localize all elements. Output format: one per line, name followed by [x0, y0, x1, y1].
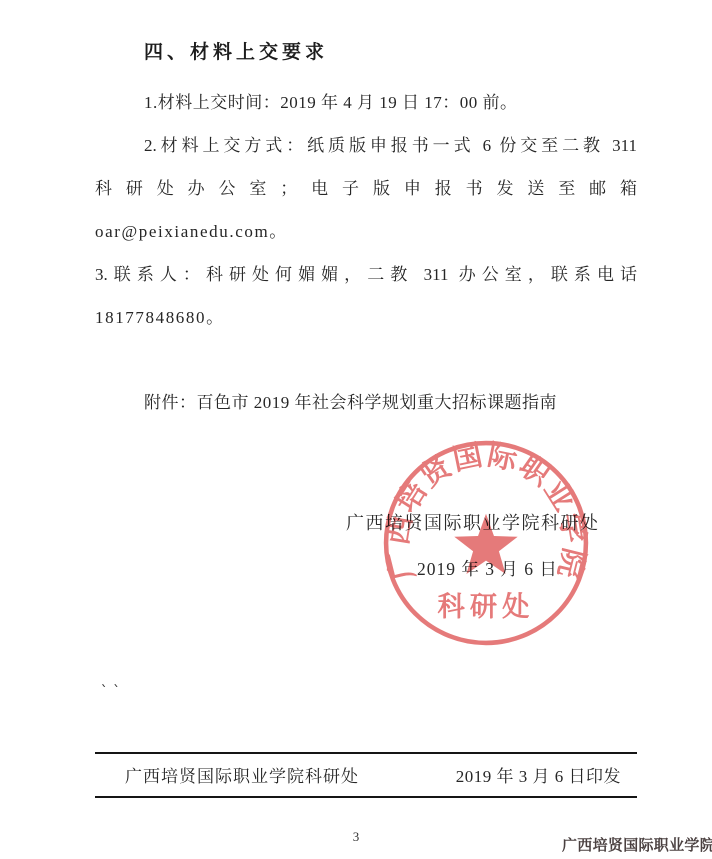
phone-text: 18177848680。: [95, 303, 225, 328]
footer-rule-bottom: [95, 796, 637, 798]
footer-row: 广西培贤国际职业学院科研处 2019 年 3 月 6 日印发: [95, 762, 637, 787]
paragraph-item3-line1: 3.联系人：科研处何媚媚，二教 311 办公室，联系电话: [95, 260, 637, 285]
signature-date: 2019 年 3 月 6 日: [417, 556, 558, 581]
paragraph-item1: 1.材料上交时间：2019 年 4 月 19 日 17：00 前。: [144, 88, 518, 113]
footer-issuer: 广西培贤国际职业学院科研处: [125, 762, 359, 787]
paragraph-item2-line1: 2.材料上交方式：纸质版申报书一式 6 份交至二教 311: [95, 131, 637, 156]
section-heading: 四、材料上交要求: [144, 37, 328, 64]
paragraph-item2-line2: 科研处办公室；电子版申报书发送至邮箱: [95, 174, 637, 199]
seal-ring: [386, 443, 586, 643]
footer-rule-top: [95, 752, 637, 754]
stray-marks: ``: [100, 684, 125, 700]
official-seal: 广西培贤国际职业学院 科研处: [379, 436, 593, 650]
site-watermark: 广西培贤国际职业学院: [562, 834, 712, 855]
seal-bottom-text: 科研处: [438, 592, 535, 622]
footer-print-date: 2019 年 3 月 6 日印发: [456, 762, 621, 787]
document-page: 四、材料上交要求 1.材料上交时间：2019 年 4 月 19 日 17：00 …: [0, 0, 712, 859]
signature-organization: 广西培贤国际职业学院科研处: [346, 509, 600, 535]
attachment-line: 附件：百色市 2019 年社会科学规划重大招标课题指南: [144, 388, 557, 413]
email-text: oar@peixianedu.com。: [95, 217, 288, 242]
